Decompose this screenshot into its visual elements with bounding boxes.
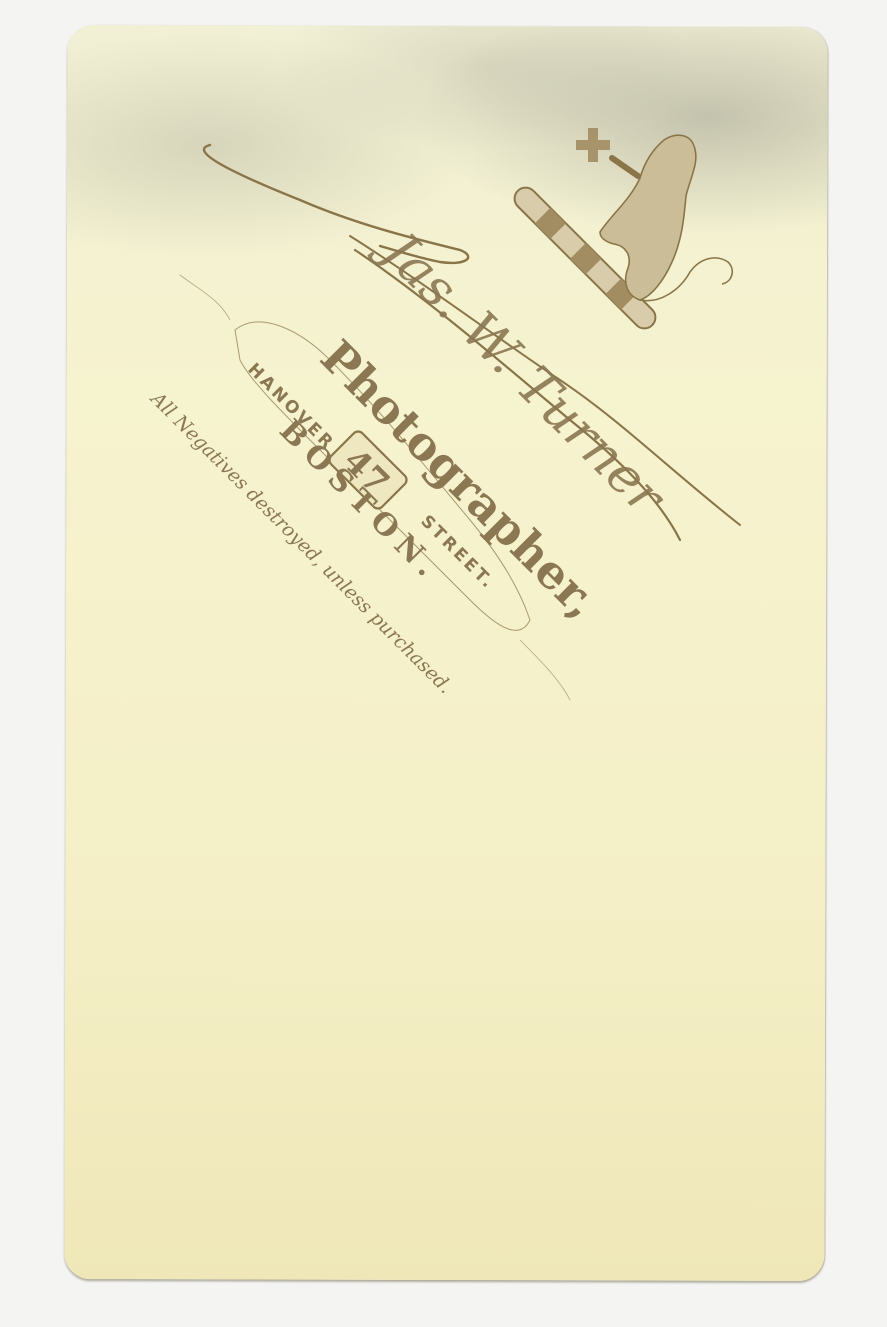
card-printing: Jas. W. Turner 47 Photographer, HANOVER … bbox=[0, 0, 887, 1327]
lion-crest-icon bbox=[510, 128, 732, 333]
